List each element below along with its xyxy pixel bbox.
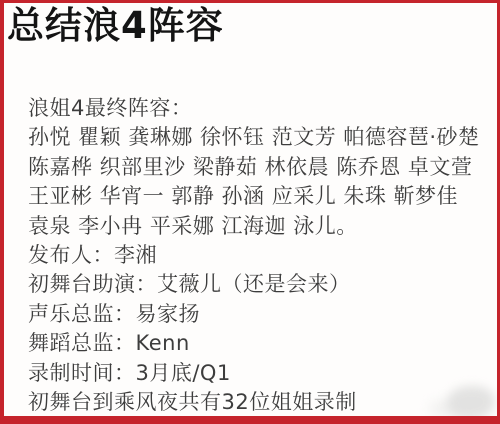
body-line-recording-time: 录制时间：3月底/Q1: [28, 359, 497, 388]
body-line-lineup-header: 浪姐4最终阵容：: [28, 94, 497, 123]
body-line-names-1: 孙悦 瞿颖 龚琳娜 徐怀钰 范文芳 帕德容琶·砂楚: [28, 123, 497, 152]
post-image: 总结浪4阵容 浪姐4最终阵容： 孙悦 瞿颖 龚琳娜 徐怀钰 范文芳 帕德容琶·砂…: [0, 0, 500, 424]
post-body: 浪姐4最终阵容： 孙悦 瞿颖 龚琳娜 徐怀钰 范文芳 帕德容琶·砂楚 陈嘉桦 织…: [4, 94, 497, 417]
body-line-recording-note: 初舞台到乘风夜共有32位姐姐录制: [28, 388, 497, 417]
body-line-names-2: 陈嘉桦 织部里沙 梁静茹 林依晨 陈乔恩 卓文萱: [28, 153, 497, 182]
body-line-vocal-director: 声乐总监：易家扬: [28, 300, 497, 329]
body-line-names-4: 袁泉 李小冉 平采娜 江海迦 泳儿。: [28, 212, 497, 241]
body-line-names-3: 王亚彬 华宵一 郭静 孙涵 应采儿 朱珠 靳梦佳: [28, 182, 497, 211]
body-line-dance-director: 舞蹈总监：Kenn: [28, 329, 497, 358]
body-line-publisher: 发布人：李湘: [28, 241, 497, 270]
post-title: 总结浪4阵容: [4, 3, 497, 47]
body-line-guest: 初舞台助演：艾薇儿（还是会来）: [28, 270, 497, 299]
